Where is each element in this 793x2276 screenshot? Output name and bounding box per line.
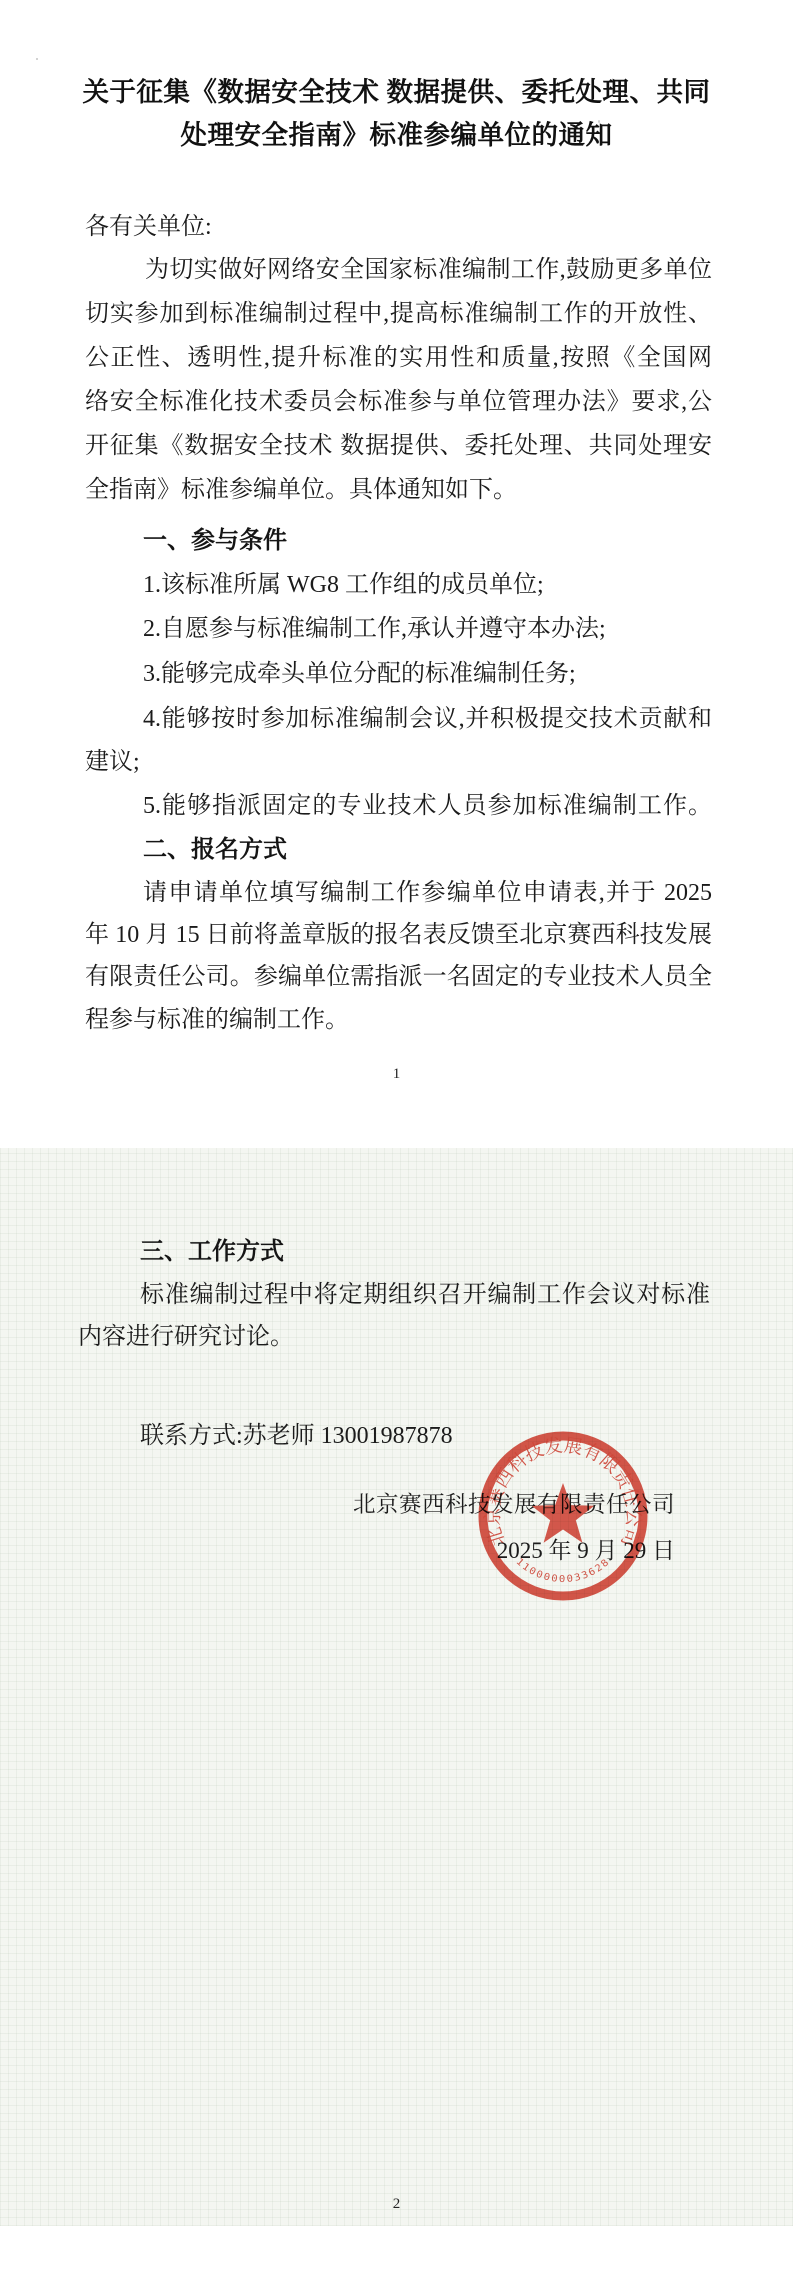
body-line: 切实参加到标准编制过程中,提高标准编制工作的开放性、 xyxy=(85,300,712,328)
contact-line: 联系方式:苏老师 13001987878 xyxy=(140,1422,453,1450)
body-line: 为切实做好网络安全国家标准编制工作,鼓励更多单位 xyxy=(145,256,712,284)
list-item-4: 4.能够按时参加标准编制会议,并积极提交技术贡献和 xyxy=(143,705,712,733)
section-heading-3: 三、工作方式 xyxy=(140,1238,284,1266)
body-line: 开征集《数据安全技术 数据提供、委托处理、共同处理安 xyxy=(85,432,712,460)
page-number-1: 1 xyxy=(0,1066,793,1083)
scan-speck xyxy=(598,120,600,123)
doc-title-line-1: 关于征集《数据安全技术 数据提供、委托处理、共同 xyxy=(0,70,793,109)
list-item-4-cont: 建议; xyxy=(85,748,140,776)
list-item-5: 5.能够指派固定的专业技术人员参加标准编制工作。 xyxy=(143,792,712,820)
salutation: 各有关单位: xyxy=(85,213,212,241)
scanned-notice-document: 关于征集《数据安全技术 数据提供、委托处理、共同 处理安全指南》标准参编单位的通… xyxy=(0,0,793,2276)
body-line: 程参与标准的编制工作。 xyxy=(85,1006,349,1034)
body-line: 络安全标准化技术委员会标准参与单位管理办法》要求,公 xyxy=(85,388,712,416)
body-line: 有限责任公司。参编单位需指派一名固定的专业技术人员全 xyxy=(85,963,712,991)
page-number-2: 2 xyxy=(0,2196,793,2213)
list-item-3: 3.能够完成牵头单位分配的标准编制任务; xyxy=(143,660,576,688)
page-1: 关于征集《数据安全技术 数据提供、委托处理、共同 处理安全指南》标准参编单位的通… xyxy=(0,0,793,1148)
section-heading-1: 一、参与条件 xyxy=(143,527,287,555)
body-line: 请申请单位填写编制工作参编单位申请表,并于 2025 xyxy=(143,879,712,907)
scan-speck xyxy=(36,58,38,60)
section-heading-2: 二、报名方式 xyxy=(143,836,287,864)
list-item-2: 2.自愿参与标准编制工作,承认并遵守本办法; xyxy=(143,615,606,643)
signature-company: 北京赛西科技发展有限责任公司 xyxy=(353,1487,675,1519)
body-line: 内容进行研究讨论。 xyxy=(78,1323,294,1351)
signature-date: 2025 年 9 月 29 日 xyxy=(497,1532,675,1565)
doc-title-line-2: 处理安全指南》标准参编单位的通知 xyxy=(0,113,793,152)
body-line: 全指南》标准参编单位。具体通知如下。 xyxy=(85,476,517,504)
body-line: 公正性、透明性,提升标准的实用性和质量,按照《全国网 xyxy=(85,344,712,372)
body-line: 年 10 月 15 日前将盖章版的报名表反馈至北京赛西科技发展 xyxy=(85,921,712,949)
body-line: 标准编制过程中将定期组织召开编制工作会议对标准 xyxy=(140,1281,710,1309)
list-item-1: 1.该标准所属 WG8 工作组的成员单位; xyxy=(143,571,544,599)
page-2: 三、工作方式 标准编制过程中将定期组织召开编制工作会议对标准 内容进行研究讨论。… xyxy=(0,1148,793,2226)
